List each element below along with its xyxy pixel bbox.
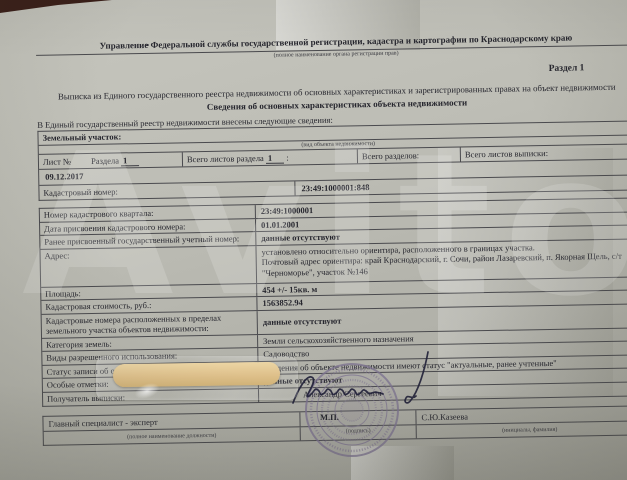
name-caption: (инициалы, фамилия) [422,423,627,436]
total-sheets-cell: Всего листов раздела 1 : [183,149,358,167]
section-label: Раздел 1 [36,62,627,82]
total-sections-cell: Всего разделов: [358,147,461,163]
total-sheets-colon: : [286,152,289,162]
row-value: установлено относительно ориентира, расп… [256,239,627,279]
total-extract-sheets-cell: Всего листов выписки: [461,144,627,162]
row-value: данные отсутствуют [258,309,627,328]
plastic-wrapped-stick [96,356,298,400]
sheet-label: Лист № [43,156,71,166]
position-caption: (полное наименование должности) [49,429,295,442]
object-header-table: Земельный участок: (вид объекта недвижим… [37,120,627,200]
document-photo: Управление Федеральной службы государств… [0,0,627,480]
handwritten-signature [289,350,441,416]
sheet-section-value: 1 [121,155,139,166]
row-label: Адрес: [40,246,257,287]
wooden-stick [113,362,280,387]
sheet-number-cell: Лист № Раздела 1 [39,152,183,169]
total-sheets-value: 1 [266,152,284,163]
sheet-section-label: Раздела [91,155,119,165]
total-sheets-label: Всего листов раздела [187,152,264,163]
row-label: Кадастровые номера расположенных в преде… [42,311,258,338]
